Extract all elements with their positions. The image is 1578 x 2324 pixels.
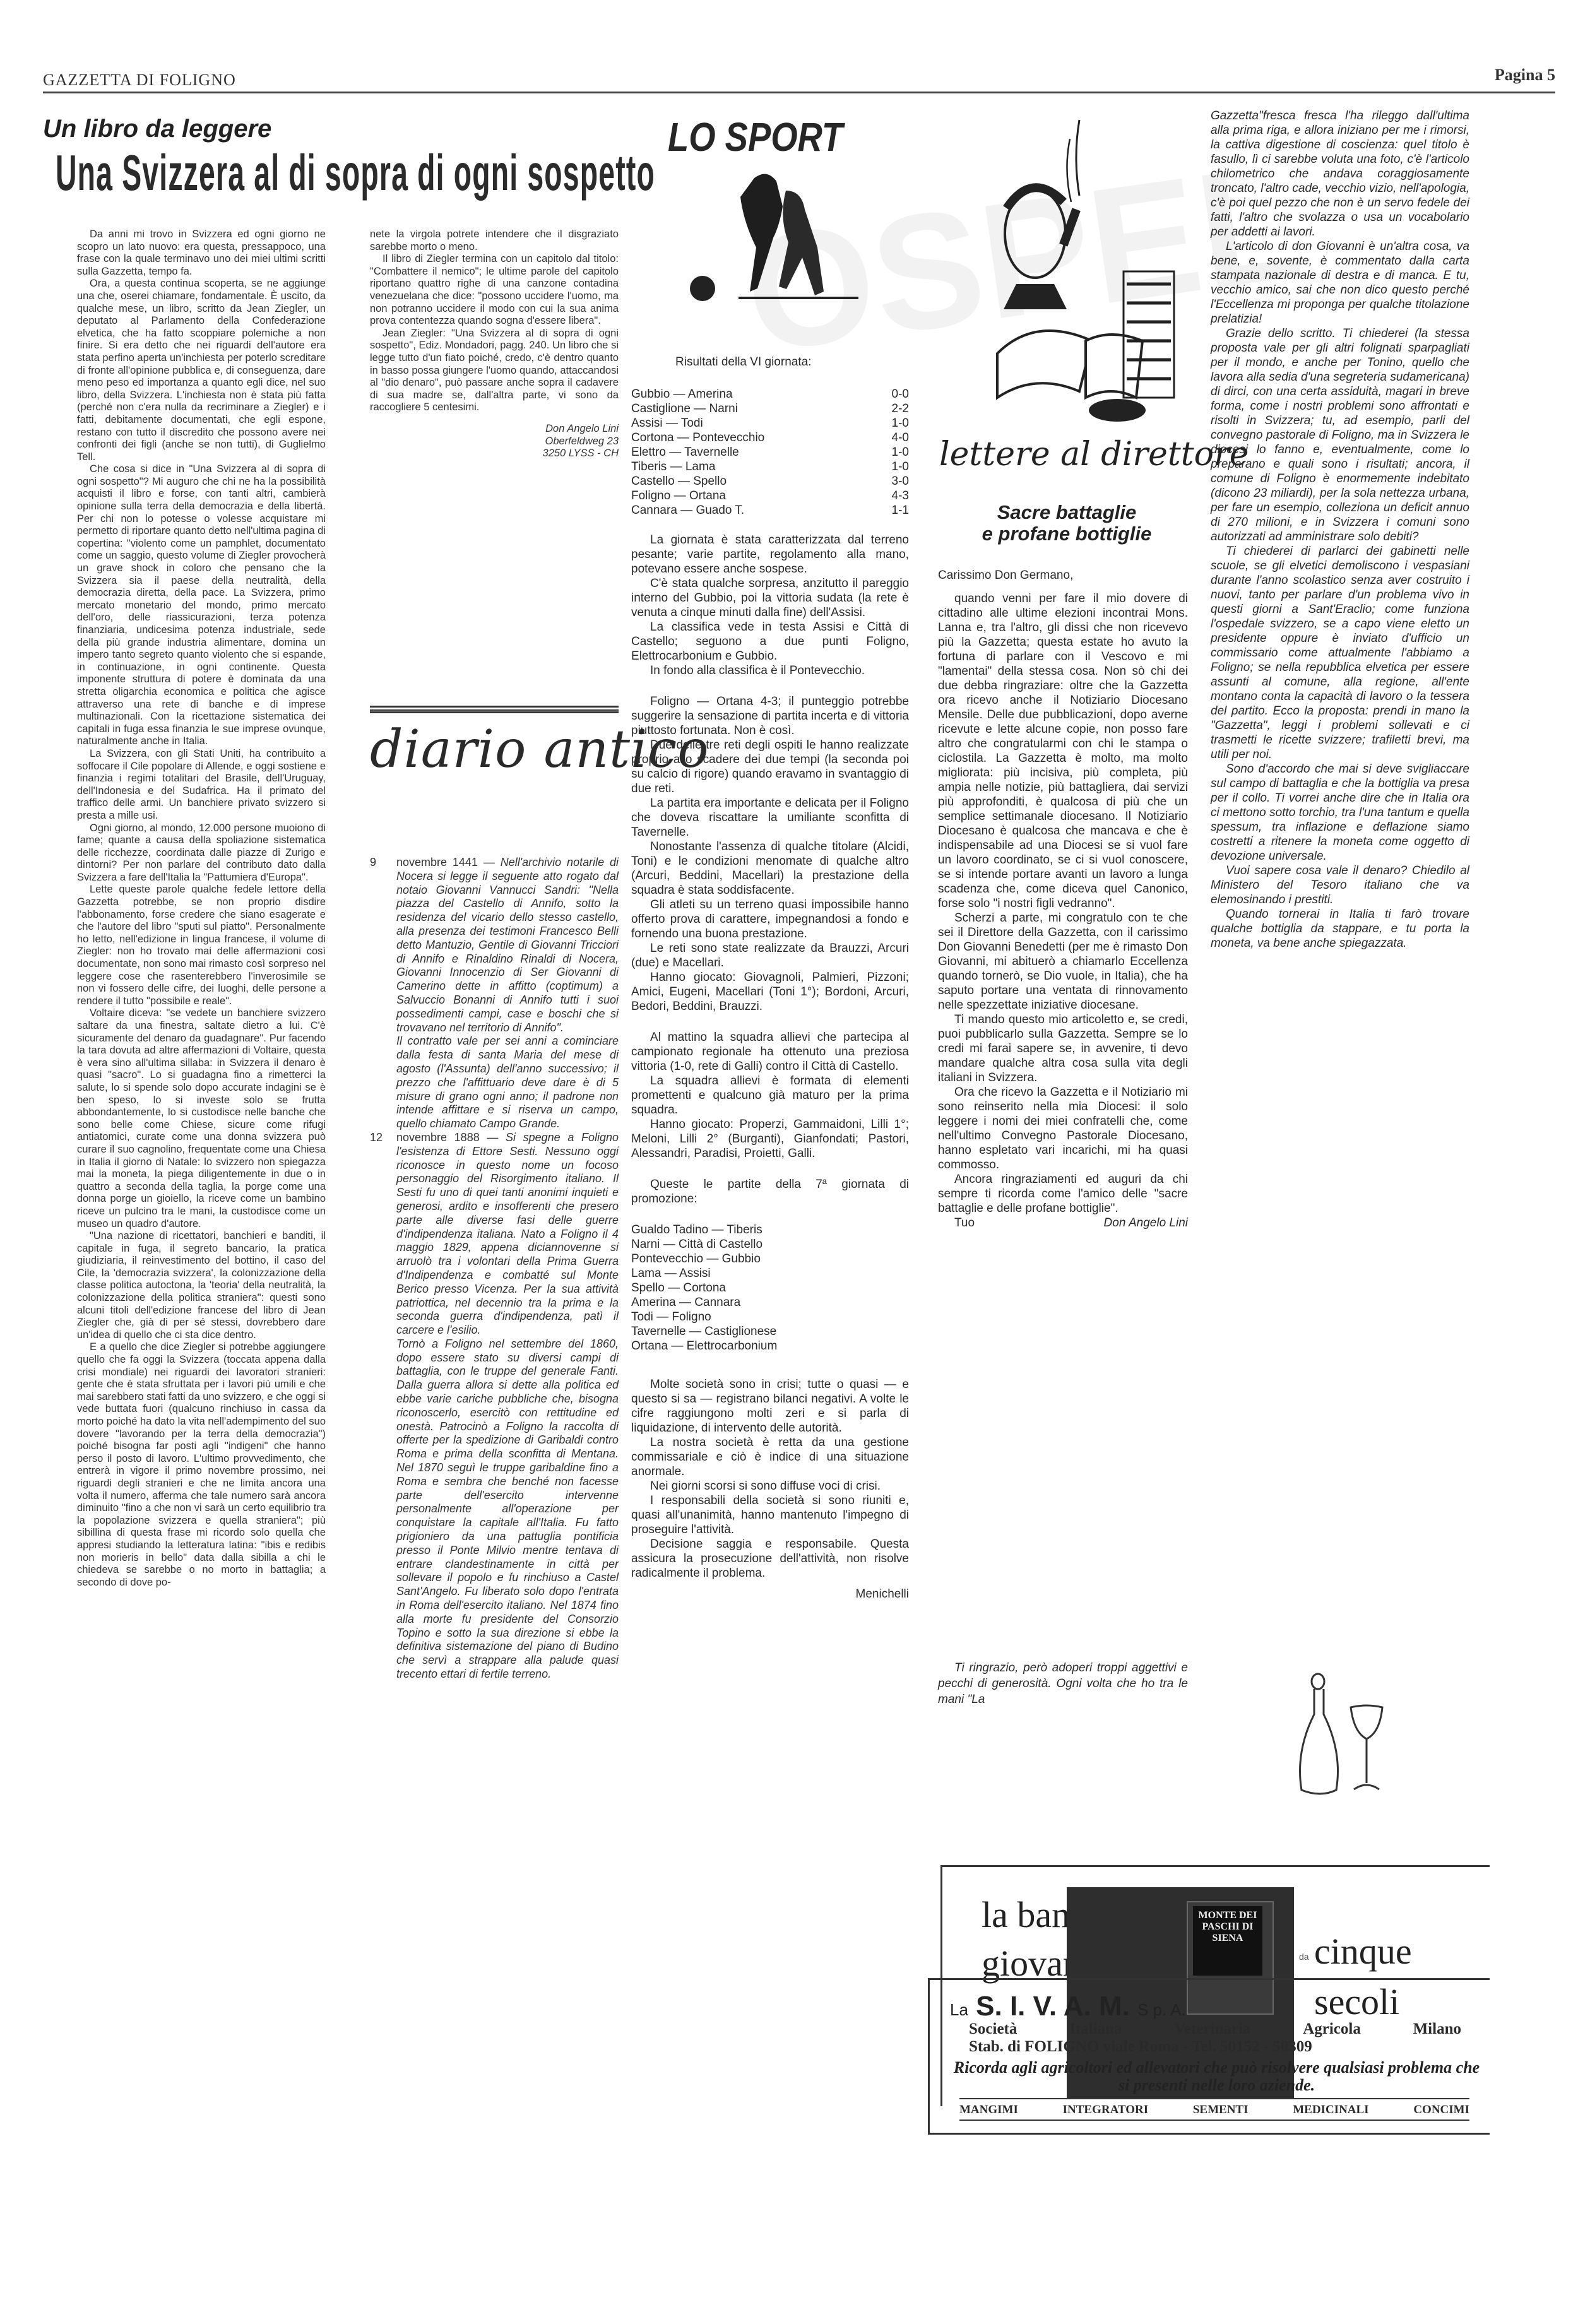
signature-street: Oberfeldweg 23 [370,436,619,448]
result-row: Gubbio — Amerina0-0 [631,387,909,401]
sivam-claim: Ricorda agli agricoltori ed allevatori c… [947,2059,1486,2094]
closing-name: Don Angelo Lini [1104,1216,1188,1230]
salutation: Carissimo Don Germano, [938,568,1188,583]
fixture: Tavernelle — Castiglionese [631,1324,909,1339]
entry-text-continued: Il contratto vale per sei anni a cominci… [396,1035,619,1131]
results-heading: Risultati della VI giornata: [675,355,909,369]
result-row: Castiglione — Narni2-2 [631,401,909,416]
header-rule [43,92,1555,93]
book-review-column-2: nete la virgola potrete intendere che il… [370,228,619,460]
brand-prefix: La [950,2000,968,2019]
paragraph: Sono d'accordo che mai si deve svigliacc… [1211,762,1469,863]
paragraph: Vuoi sapere cosa vale il denaro? Chiedil… [1211,863,1469,907]
paragraph: Ancora ringraziamenti ed auguri da chi s… [938,1172,1188,1216]
paragraph: Scherzi a parte, mi congratulo con te ch… [938,911,1188,1012]
letter-headline-line-1: Sacre battaglie [934,502,1199,523]
fixture: Amerina — Cannara [631,1295,909,1310]
fixture: Pontevecchio — Gubbio [631,1252,909,1266]
product: MANGIMI [959,2103,1018,2117]
score: 0-0 [892,387,909,401]
result-row: Tiberis — Lama1-0 [631,459,909,474]
signature-name: Don Angelo Lini [370,423,619,436]
paragraph: Due delle tre reti degli ospiti le hanno… [631,738,909,796]
match: Cortona — Pontevecchio [631,430,764,445]
word: Italiana [1069,2020,1122,2038]
paragraph: Il libro di Ziegler termina con un capit… [370,253,619,328]
sivam-company-line: Società Italiana Veterinaria Agricola Mi… [969,2020,1461,2038]
signature-city: 3250 LYSS - CH [370,448,619,460]
bank-ad-line-3: cinque [1314,1930,1412,1972]
score: 2-2 [892,401,909,416]
paragraph: La Svizzera, con gli Stati Uniti, ha con… [77,748,326,822]
sivam-address-line: Stab. di FOLIGNO viale Roma - Tel. 50152… [969,2038,1461,2056]
paragraph: Gli atleti su un terreno quasi impossibi… [631,898,909,941]
product: MEDICINALI [1293,2103,1368,2117]
paragraph: Lette queste parole qualche fedele letto… [77,884,326,1007]
paragraph: Nei giorni scorsi si sono diffuse voci d… [631,1479,909,1493]
paragraph: Decisione saggia e responsabile. Questa … [631,1537,909,1580]
match: Elettro — Tavernelle [631,445,739,459]
bank-ad-da: da [1299,1952,1309,1962]
paragraph: Che cosa si dice in "Una Svizzera al di … [77,463,326,748]
paragraph: La classifica vede in testa Assisi e Cit… [631,620,909,663]
diario-body: 9 novembre 1441 — Nell'archivio notarile… [370,856,619,1681]
book-review-column-1: Da anni mi trovo in Svizzera ed ogni gio… [77,228,326,1589]
result-row: Elettro — Tavernelle1-0 [631,445,909,459]
carafe-and-glass-illustration [1294,1673,1395,1799]
paragraph: Le reti sono state realizzate da Brauzzi… [631,941,909,970]
paragraph: Da anni mi trovo in Svizzera ed ogni gio… [77,228,326,278]
paragraph: Quando tornerai in Italia ti farò trovar… [1211,907,1469,951]
editor-reply-start: Ti ringrazio, però adoperi troppi aggett… [938,1660,1188,1707]
letter-column: Carissimo Don Germano, quando venni per … [938,568,1188,1230]
fixture: Lama — Assisi [631,1266,909,1281]
entry-date: novembre 1888 — [396,1131,498,1144]
paragraph: Ti mando questo mio articoletto e, se cr… [938,1012,1188,1085]
product: INTEGRATORI [1063,2103,1149,2117]
paragraph: La nostra società è retta da una gestion… [631,1435,909,1479]
fixtures-heading: Queste le partite della 7ª giornata di p… [631,1177,909,1206]
entry-text: Nell'archivio notarile di Nocera si legg… [396,856,619,1034]
score: 3-0 [892,474,909,489]
score: 4-3 [892,489,909,503]
paragraph: Molte società sono in crisi; tutte o qua… [631,1377,909,1435]
score: 4-0 [892,430,909,445]
word: Società [969,2020,1017,2038]
diario-entry: 12 novembre 1888 — Si spegne a Foligno l… [370,1131,619,1681]
word: Veterinaria [1174,2020,1250,2038]
paragraph: La squadra allievi è formata di elementi… [631,1074,909,1117]
letter-closing: Tuo Don Angelo Lini [938,1216,1188,1230]
score: 1-0 [892,445,909,459]
paragraph: Ogni giorno, al mondo, 12.000 persone mu… [77,822,326,884]
paragraph: quando venni per fare il mio dovere di c… [938,591,1188,911]
paragraph: Gazzetta"fresca fresca l'ha rileggo dall… [1211,109,1469,239]
paragraph: Ora che ricevo la Gazzetta e il Notiziar… [938,1085,1188,1172]
match: Gubbio — Amerina [631,387,733,401]
paragraph: Foligno — Ortana 4-3; il punteggio potre… [631,694,909,738]
result-row: Cannara — Guado T.1-1 [631,503,909,518]
paragraph: Nonostante l'assenza di qualche titolare… [631,839,909,898]
sivam-product-list: MANGIMI INTEGRATORI SEMENTI MEDICINALI C… [959,2103,1469,2117]
paragraph: nete la virgola potrete intendere che il… [370,228,619,253]
match: Cannara — Guado T. [631,503,744,518]
match: Foligno — Ortana [631,489,726,503]
fixtures-list: Gualdo Tadino — Tiberis Narni — Città di… [631,1223,909,1353]
sivam-brand: La S. I. V. A. M. S p. A. [950,1991,1186,2022]
result-row: Castello — Spello3-0 [631,474,909,489]
entry-text-continued: Tornò a Foligno nel settembre del 1860, … [396,1337,619,1681]
section-divider [370,706,619,713]
result-row: Foligno — Ortana4-3 [631,489,909,503]
fixture: Narni — Città di Castello [631,1237,909,1252]
brand-suffix: S p. A. [1137,2000,1186,2019]
paragraph: Ora, a questa continua scoperta, se ne a… [77,278,326,463]
paragraph: Hanno giocato: Giovagnoli, Palmieri, Piz… [631,970,909,1014]
article-headline: Una Svizzera al di sopra di ogni sospett… [56,144,228,202]
page-number: Pagina 5 [1495,66,1555,85]
fixture: Spello — Cortona [631,1281,909,1295]
paragraph: In fondo alla classifica è il Pontevecch… [631,663,909,678]
match: Tiberis — Lama [631,459,715,474]
paragraph: I responsabili della società si sono riu… [631,1493,909,1537]
closing-word: Tuo [954,1216,975,1230]
paragraph: E a quello che dice Ziegler si potrebbe … [77,1341,326,1589]
paragraph: L'articolo di don Giovanni è un'altra co… [1211,239,1469,326]
product: CONCIMI [1413,2103,1469,2117]
reader-with-pipe-illustration [959,114,1193,423]
section-kicker: Un libro da leggere [43,115,271,143]
paragraph: C'è stata qualche sorpresa, anzitutto il… [631,576,909,620]
score: 1-0 [892,459,909,474]
paragraph: Ti chiederei di parlarci dei gabinetti n… [1211,544,1469,762]
fixture: Gualdo Tadino — Tiberis [631,1223,909,1237]
paragraph: Voltaire diceva: "se vedete un banchiere… [77,1007,326,1230]
running-head: GAZZETTA DI FOLIGNO [43,71,236,90]
paragraph: La giornata è stata caratterizzata dal t… [631,533,909,576]
entry-text: Si spegne a Foligno l'esistenza di Ettor… [396,1131,619,1336]
paragraph: La partita era importante e delicata per… [631,796,909,839]
paragraph: Grazie dello scritto. Ti chiederei (la s… [1211,326,1469,544]
sport-title: LO SPORT [668,114,843,160]
letter-headline-line-2: e profane bottiglie [934,523,1199,545]
entry-day: 9 [370,856,376,870]
results-table: Gubbio — Amerina0-0 Castiglione — Narni2… [631,387,909,518]
sport-column: Risultati della VI giornata: Gubbio — Am… [631,355,909,1601]
bank-book-label: MONTE DEI PASCHI DI SIENA [1193,1906,1262,1976]
lettere-title: lettere al direttore [939,436,1249,473]
score: 1-1 [892,503,909,518]
match: Castello — Spello [631,474,727,489]
author-signature: Don Angelo Lini Oberfeldweg 23 3250 LYSS… [370,423,619,460]
entry-date: novembre 1441 — [396,856,495,869]
address: Stab. di FOLIGNO viale Roma - Tel. 50152… [969,2038,1312,2056]
fixture: Ortana — Elettrocarbonium [631,1339,909,1353]
entry-day: 12 [370,1131,383,1145]
fixture: Todi — Foligno [631,1310,909,1324]
word: Milano [1413,2020,1461,2038]
result-row: Cortona — Pontevecchio4-0 [631,430,909,445]
divider [959,2098,1469,2099]
word: Agricola [1303,2020,1361,2038]
editor-reply-column: Gazzetta"fresca fresca l'ha rileggo dall… [1211,109,1469,951]
paragraph: Al mattino la squadra allievi che partec… [631,1030,909,1074]
score: 1-0 [892,416,909,430]
divider [959,2119,1469,2121]
match: Castiglione — Narni [631,401,738,416]
letter-headline: Sacre battaglie e profane bottiglie [934,502,1199,545]
diario-entry: 9 novembre 1441 — Nell'archivio notarile… [370,856,619,1131]
footballers-illustration [679,165,868,317]
result-row: Assisi — Todi1-0 [631,416,909,430]
sport-signature: Menichelli [631,1587,909,1601]
paragraph: "Una nazione di ricettatori, banchieri e… [77,1230,326,1341]
paragraph: Jean Ziegler: "Una Svizzera al di sopra … [370,328,619,414]
match: Assisi — Todi [631,416,703,430]
brand-name: S. I. V. A. M. [976,1991,1130,2022]
paragraph: Hanno giocato: Properzi, Gammaidoni, Lil… [631,1117,909,1161]
product: SEMENTI [1193,2103,1249,2117]
